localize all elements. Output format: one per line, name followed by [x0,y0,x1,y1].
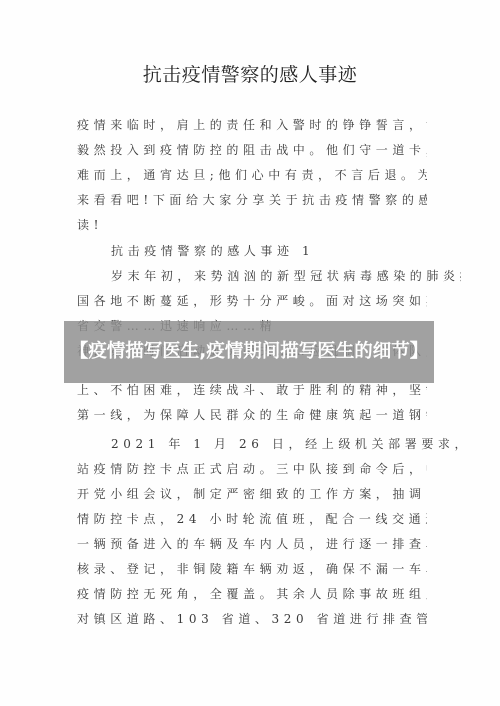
paragraph-line: 读! [77,215,427,235]
headline-text: 【疫情描写医生,疫情期间描写医生的细节】 [69,340,429,364]
paragraph-line: 岁末年初，来势汹汹的新型冠状病毒感染的肺炎疫情，在全 [111,266,461,286]
paragraph-line: 难而上，通宵达旦;他们心中有责，不言后退。为了方便大家，一起 [77,165,427,185]
paragraph-line: 疫情防控无死角，全覆盖。其余人员除事故班组人员外，负责每日 [77,584,427,604]
paragraph-line: 情防控卡点，24 小时轮流值班，配合一线交通运输、卫健部门对每 [77,509,427,529]
paragraph-line: 毅然投入到疫情防控的阻击战中。他们守一道卡，护一城人;他们迎 [77,140,427,160]
section-heading: 抗击疫情警察的感人事迹 1 [111,241,461,261]
paragraph-line: 疫情来临时，肩上的责任和入警时的铮铮誓言，让全市数千名民警 [77,115,427,135]
paragraph-line: 站疫情防控卡点正式启动。三中队接到命令后，中队负责人立即召 [77,459,427,479]
document-title: 抗击疫情警察的感人事迹 [0,60,500,87]
paragraph-line: 开党小组会议，制定严密细致的工作方案，抽调 6 名民辅警据点疫 [77,484,427,504]
paragraph-line: 第一线，为保障人民群众的生命健康筑起一道钢铁长城。 [77,405,427,425]
paragraph-line: 核录、登记，非铜陵籍车辆劝返，确保不漏一车、不漏一人，实现 [77,559,427,579]
paragraph-line: 2021 年 1 月 26 日，经上级机关部署要求，横埠高速收费 [111,434,461,454]
paragraph-line: 一辆预备进入的车辆及车内人员，进行逐一排查、体温测量、询问 [77,534,427,554]
paragraph-line: 上、不怕困难，连续战斗、敢于胜利的精神，坚守奋战在防控疫情 [77,380,427,400]
headline-banner: 【疫情描写医生,疫情期间描写医生的细节】 [64,321,434,383]
paragraph-line: 来看看吧!下面给大家分享关于抗击疫情警察的感人事迹，欢迎阅 [77,190,427,210]
paragraph-line: 国各地不断蔓延，形势十分严峻。面对这场突如其来的灾难，安徽 [77,291,427,311]
paragraph-line: 对镇区道路、103 省道、320 省道进行排查管控，认真研判摸排在道 [77,609,427,629]
